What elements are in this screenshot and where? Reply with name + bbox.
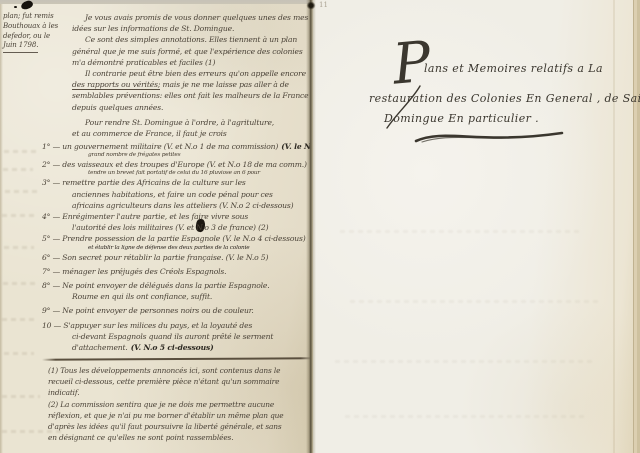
gutter-top-ink-mark: [305, 0, 317, 11]
interlinear-note: grand nombre de frégates petites: [88, 152, 310, 159]
bleed-through-line: [340, 230, 580, 233]
list-item-8: 8° — Ne point envoyer de délégués dans l…: [42, 280, 310, 291]
footnote-2-line: en désignant ce qu'elles ne sont point r…: [48, 433, 310, 444]
list-item-annotation: (V. N.o 5 ci-dessous): [131, 343, 214, 352]
bleed-through-line: [2, 318, 38, 321]
list-item-4: 4° — Enrégimenter l'autre partie, et les…: [42, 211, 310, 222]
left-page-edge: [0, 4, 3, 453]
footnote-2-line: réflexion, et que je n'ai pu me borner d…: [48, 411, 310, 422]
bleed-through-line: [5, 190, 38, 193]
manuscript-line: semblables préventions: elles ont fait l…: [72, 90, 310, 101]
bleed-through-line: [3, 168, 33, 171]
manuscript-line: et au commerce de France, il faut je cro…: [72, 128, 310, 139]
bleed-through-line: [345, 415, 585, 418]
interlinear-note: et établir la ligne de défense des deux …: [88, 245, 310, 252]
manuscript-line: depuis quelques années.: [72, 102, 310, 113]
manuscript-line: africains agriculteurs dans les attelier…: [72, 200, 310, 211]
manuscript-line: des rapports ou vérités; mais je ne me l…: [72, 79, 310, 90]
title-swash-flourish: [412, 126, 568, 146]
footnote-1-line: (1) Tous les développements annoncés ici…: [48, 366, 310, 377]
left-page-text: Je vous avais promis de vous donner quel…: [42, 12, 310, 444]
manuscript-line: l'autorité des lois militaires (V. et N.…: [72, 222, 310, 233]
list-item-text: 1° — un gouvernement militaire (V. et N.…: [42, 142, 278, 151]
folio-number: 11: [319, 1, 328, 9]
manuscript-line: m'a démontré praticables et faciles (1): [72, 57, 310, 68]
list-item-9: 9° — Ne point envoyer de personnes noirs…: [42, 305, 310, 316]
list-item-1: 1° — un gouvernement militaire (V. et N.…: [42, 141, 310, 152]
ink-blot: [14, 6, 17, 8]
footnote-1-line: recueil ci-dessous, cette première pièce…: [48, 377, 310, 388]
list-item-3: 3° — remettre partie des Africains de la…: [42, 177, 310, 188]
title-line-2: restauration des Colonies En General , d…: [369, 92, 640, 105]
bleed-through-line: [335, 360, 595, 363]
footnote-1-line: indicatif.: [48, 388, 310, 399]
manuscript-line: Roume en qui ils ont confiance, suffit.: [72, 291, 310, 302]
manuscript-line: d'attachement.(V. N.o 5 ci-dessous): [72, 342, 310, 353]
bleed-through-line: [350, 300, 600, 303]
manuscript-line: anciennes habitations, et faire un code …: [72, 189, 310, 200]
footnote-separator-rule: [42, 357, 310, 360]
list-item-10: 10 — S'appuyer sur les milices du pays, …: [42, 320, 310, 331]
manuscript-line: Pour rendre St. Domingue à l'ordre, à l'…: [72, 117, 310, 128]
manuscript-line: ci-devant Espagnols quand ils auront prê…: [72, 331, 310, 342]
bleed-through-line: [4, 246, 34, 249]
list-item-text: d'attachement.: [72, 343, 128, 352]
list-item-5: 5° — Prendre possession de la partie Esp…: [42, 233, 310, 244]
right-page-crease: [613, 0, 615, 453]
manuscript-line: Ce sont des simples annotations. Elles t…: [72, 34, 310, 45]
title-line-3: Domingue En particulier .: [384, 112, 539, 125]
interlinear-note: tendre un brevet fait portatif de celui …: [88, 170, 310, 177]
manuscript-line: général que je me suis formé, et que l'e…: [72, 46, 310, 57]
manuscript-photo: 11 plan; fut remis Bouthouax à les defed…: [0, 0, 640, 453]
bleed-through-line: [2, 395, 40, 398]
manuscript-line: idées sur les informations de St. Doming…: [72, 23, 310, 34]
bleed-through-line: [4, 352, 34, 355]
bleed-through-line: [2, 214, 38, 217]
manuscript-line: Il contrarie peut être bien des erreurs …: [72, 68, 310, 79]
underlined-phrase: des rapports ou vérités;: [72, 80, 160, 90]
bleed-through-line: [4, 150, 38, 153]
title-line-1: lans et Memoires relatifs a La: [424, 62, 603, 75]
book-fore-edge: [633, 0, 640, 453]
manuscript-line-rest: mais je ne me laisse pas aller à de: [160, 80, 289, 89]
margin-note-date: Juin 1798.: [3, 41, 38, 53]
footnote-2-line: (2) La commission sentira que je ne dois…: [48, 400, 310, 411]
list-item-7: 7° — ménager les préjugés des Créols Esp…: [42, 266, 310, 277]
bleed-through-line: [3, 282, 37, 285]
footnote-2-line: d'après les idées qu'il faut poursuivre …: [48, 422, 310, 433]
manuscript-line: Je vous avais promis de vous donner quel…: [72, 12, 310, 23]
list-item-6: 6° — Son secret pour rétablir la partie …: [42, 252, 310, 263]
list-item-annotation: (V. le N.o 28): [281, 142, 310, 151]
list-item-2: 2° — des vaisseaux et des troupes d'Euro…: [42, 159, 310, 170]
